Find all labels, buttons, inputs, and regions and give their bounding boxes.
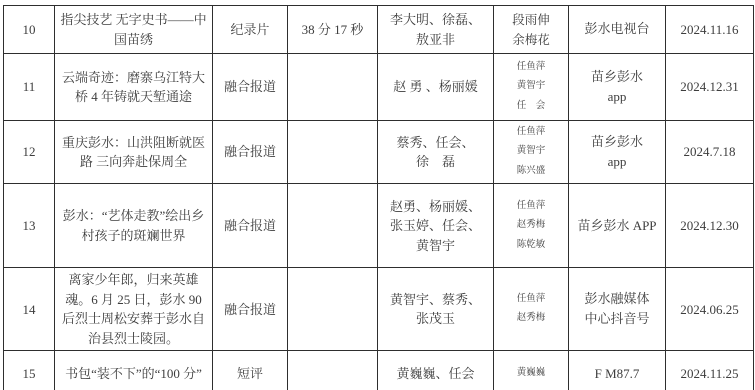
cell-editors: 任鱼萍 黄智宇 任 会 (494, 54, 569, 121)
editor-line: 任鱼萍 (497, 290, 565, 309)
table-row: 11 云端奇迹：磨寨乌江特大桥 4 年铸就天堑通途 融合报道 赵 勇 、杨丽媛 … (4, 54, 754, 121)
author-line: 徐 磊 (381, 152, 490, 172)
cell-editors: 任鱼萍 赵秀梅 陈乾敏 (494, 184, 569, 268)
cell-title: 离家少年郎，归来英雄魂。6 月 25 日，彭水 90 后烈士周松安葬于彭水自治县… (55, 268, 213, 351)
cell-genre: 融合报道 (213, 54, 288, 121)
platform-line: app (572, 152, 662, 172)
cell-platform: 苗乡彭水 app (569, 121, 666, 184)
editor-line: 陈乾敏 (497, 236, 565, 255)
cell-date: 2024.11.16 (666, 6, 754, 54)
platform-line: 苗乡彭水 (572, 67, 662, 87)
cell-date: 2024.12.30 (666, 184, 754, 268)
author-line: 赵 勇 、杨丽媛 (381, 77, 490, 97)
cell-duration (288, 54, 378, 121)
editor-line: 余梅花 (497, 30, 565, 50)
cell-platform: 彭水电视台 (569, 6, 666, 54)
author-line: 黄智宇、蔡秀、 (381, 290, 490, 310)
cell-date: 2024.06.25 (666, 268, 754, 351)
cell-authors: 赵勇、杨丽媛、 张玉婷、任会、 黄智宇 (378, 184, 494, 268)
editor-line: 任鱼萍 (497, 197, 565, 216)
cell-editors: 黄巍巍 (494, 351, 569, 390)
cell-title: 重庆彭水：山洪阻断就医路 三向奔赴保周全 (55, 121, 213, 184)
table-row: 15 书包“装不下”的“100 分” 短评 黄巍巍、任会 黄巍巍 F M87.7… (4, 351, 754, 390)
cell-date: 2024.7.18 (666, 121, 754, 184)
editor-line: 任鱼萍 (497, 58, 565, 77)
editor-line: 任鱼萍 (497, 123, 565, 142)
cell-duration (288, 351, 378, 390)
cell-genre: 短评 (213, 351, 288, 390)
editor-line: 黄巍巍 (497, 364, 565, 383)
table-row: 14 离家少年郎，归来英雄魂。6 月 25 日，彭水 90 后烈士周松安葬于彭水… (4, 268, 754, 351)
editor-line: 黄智宇 (497, 142, 565, 161)
editor-line: 陈兴盛 (497, 162, 565, 181)
cell-editors: 任鱼萍 黄智宇 陈兴盛 (494, 121, 569, 184)
editor-line: 赵秀梅 (497, 309, 565, 328)
cell-serial: 13 (4, 184, 55, 268)
author-line: 张玉婷、任会、 (381, 216, 490, 236)
cell-authors: 蔡秀、任会、 徐 磊 (378, 121, 494, 184)
cell-serial: 15 (4, 351, 55, 390)
page: 10 指尖技艺 无字史书——中国苗绣 纪录片 38 分 17 秒 李大明、徐磊、… (0, 0, 755, 390)
cell-title: 指尖技艺 无字史书——中国苗绣 (55, 6, 213, 54)
platform-line: 苗乡彭水 APP (572, 216, 662, 236)
table-row: 10 指尖技艺 无字史书——中国苗绣 纪录片 38 分 17 秒 李大明、徐磊、… (4, 6, 754, 54)
platform-line: app (572, 87, 662, 107)
platform-line: 彭水融媒体 (572, 289, 662, 309)
cell-serial: 12 (4, 121, 55, 184)
cell-duration (288, 184, 378, 268)
author-line: 黄智宇 (381, 236, 490, 256)
cell-editors: 段雨伸 余梅花 (494, 6, 569, 54)
platform-line: 中心抖音号 (572, 309, 662, 329)
cell-genre: 融合报道 (213, 184, 288, 268)
cell-authors: 黄智宇、蔡秀、 张茂玉 (378, 268, 494, 351)
cell-genre: 融合报道 (213, 121, 288, 184)
cell-title: 云端奇迹：磨寨乌江特大桥 4 年铸就天堑通途 (55, 54, 213, 121)
editor-line: 赵秀梅 (497, 216, 565, 235)
table-row: 13 彭水：“艺体走教”绘出乡村孩子的斑斓世界 融合报道 赵勇、杨丽媛、 张玉婷… (4, 184, 754, 268)
author-line: 黄巍巍、任会 (381, 364, 490, 384)
editor-line: 任 会 (497, 97, 565, 116)
table-row: 12 重庆彭水：山洪阻断就医路 三向奔赴保周全 融合报道 蔡秀、任会、 徐 磊 … (4, 121, 754, 184)
cell-serial: 14 (4, 268, 55, 351)
editor-line: 黄智宇 (497, 77, 565, 96)
cell-duration: 38 分 17 秒 (288, 6, 378, 54)
cell-genre: 融合报道 (213, 268, 288, 351)
author-line: 李大明、徐磊、 (381, 10, 490, 30)
platform-line: 苗乡彭水 (572, 132, 662, 152)
author-line: 赵勇、杨丽媛、 (381, 197, 490, 217)
editor-line: 段雨伸 (497, 10, 565, 30)
author-line: 张茂玉 (381, 309, 490, 329)
cell-platform: 彭水融媒体 中心抖音号 (569, 268, 666, 351)
cell-editors: 任鱼萍 赵秀梅 (494, 268, 569, 351)
platform-line: F M87.7 (572, 364, 662, 384)
cell-platform: 苗乡彭水 app (569, 54, 666, 121)
cell-authors: 黄巍巍、任会 (378, 351, 494, 390)
cell-serial: 11 (4, 54, 55, 121)
author-line: 敖亚非 (381, 30, 490, 50)
cell-platform: 苗乡彭水 APP (569, 184, 666, 268)
cell-title: 彭水：“艺体走教”绘出乡村孩子的斑斓世界 (55, 184, 213, 268)
cell-duration (288, 121, 378, 184)
cell-genre: 纪录片 (213, 6, 288, 54)
platform-line: 彭水电视台 (572, 19, 662, 39)
cell-title: 书包“装不下”的“100 分” (55, 351, 213, 390)
cell-authors: 赵 勇 、杨丽媛 (378, 54, 494, 121)
cell-date: 2024.11.25 (666, 351, 754, 390)
cell-date: 2024.12.31 (666, 54, 754, 121)
cell-serial: 10 (4, 6, 55, 54)
media-works-table: 10 指尖技艺 无字史书——中国苗绣 纪录片 38 分 17 秒 李大明、徐磊、… (3, 5, 754, 390)
author-line: 蔡秀、任会、 (381, 133, 490, 153)
cell-duration (288, 268, 378, 351)
cell-authors: 李大明、徐磊、 敖亚非 (378, 6, 494, 54)
cell-platform: F M87.7 (569, 351, 666, 390)
